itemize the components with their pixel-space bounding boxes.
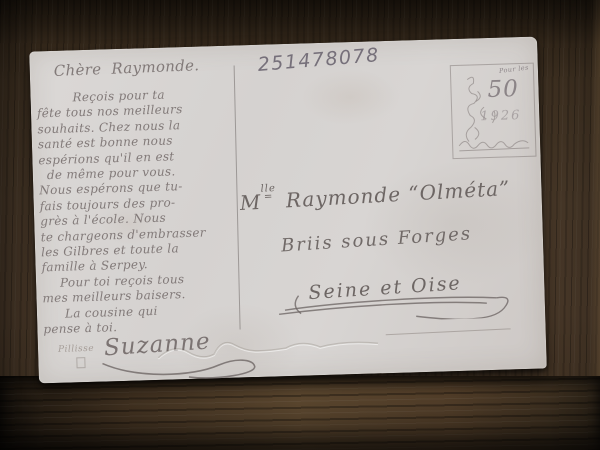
message-salutation: Chère Raymonde. — [53, 53, 274, 80]
postcard-back: Chère Raymonde. 251478078 Reçois pour ta… — [29, 37, 547, 384]
handwritten-reference-number: 251478078 — [257, 44, 381, 76]
address-name: Raymonde “Olméta” — [285, 176, 511, 213]
publisher-mark: Pillisse — [58, 344, 94, 355]
pencil-stamp-sketch: Pour les 50 1926 — [450, 63, 537, 159]
photo-of-postcard-on-wood: Chère Raymonde. 251478078 Reçois pour ta… — [0, 0, 600, 450]
address-locality-line: Briis sous Forges — [280, 223, 472, 256]
stamp-scribble-flourish — [451, 64, 536, 158]
embossed-scribble — [154, 333, 390, 370]
department-underline-flourish — [274, 287, 525, 324]
address-honorific-initial: M — [239, 190, 262, 215]
message-body: Reçois pour ta fête tous nos meilleurs s… — [36, 85, 243, 337]
publisher-emblem-icon — [76, 357, 85, 368]
ruled-line — [386, 328, 511, 335]
address-honorific-mark: = — [264, 191, 274, 203]
address-name-line: Mlle= Raymonde “Olméta” — [239, 176, 511, 215]
